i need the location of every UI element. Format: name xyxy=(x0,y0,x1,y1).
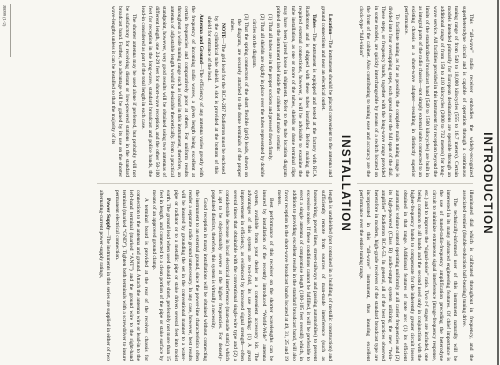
two-column-block: Location—The instrument should be placed… xyxy=(96,6,333,361)
paragraph-lead: Antenna and Ground xyxy=(198,14,204,64)
paragraph: illuminated dial which is calibrated thr… xyxy=(460,190,475,361)
two-column-block: This “all-wave” radio receiver embodies … xyxy=(356,6,474,361)
paragraph: To facilitate tuning as far as possible,… xyxy=(357,6,401,177)
scan-top-edge-line xyxy=(497,0,499,365)
paragraph-lead: Tubes xyxy=(312,14,318,28)
column-right: length is unshielded (not contained in a… xyxy=(96,190,333,361)
footer-code: J0099 (1-2) xyxy=(2,5,7,26)
column-right: illuminated dial which is calibrated thr… xyxy=(356,190,474,361)
column-divider-rule xyxy=(357,183,473,184)
paragraph: length is unshielded (not contained in a… xyxy=(275,190,333,361)
paragraph: The shorter antenna may be used alone if… xyxy=(109,6,138,177)
scanned-page-viewport: INTRODUCTIONThis “all-wave” radio receiv… xyxy=(0,0,500,365)
paragraph-lead: Power Supply xyxy=(106,198,112,230)
paragraph: Good reception in many installations wil… xyxy=(150,190,208,361)
paragraph: (3) That the spring connectors of the sh… xyxy=(228,6,250,177)
paragraph: (2) That all shields are rigidly in plac… xyxy=(250,6,265,177)
manual-page: INTRODUCTIONThis “all-wave” radio receiv… xyxy=(0,0,500,365)
column-left: This “all-wave” radio receiver embodies … xyxy=(356,6,474,177)
paragraph-location: Location—The instrument should be placed… xyxy=(319,6,334,177)
paragraph: This “all-wave” radio receiver embodies … xyxy=(402,6,475,177)
paragraph-lead: Location xyxy=(327,14,333,34)
section-heading-installation: INSTALLATION xyxy=(338,6,351,361)
paragraph: A terminal board is provided at the rear… xyxy=(113,190,149,361)
column-divider-rule xyxy=(97,183,332,184)
paragraph-lead: NOTE xyxy=(221,23,227,38)
column-left: Location—The instrument should be placed… xyxy=(96,6,333,177)
paragraph: The technically-informed user of this in… xyxy=(357,190,459,361)
page-sections: INTRODUCTIONThis “all-wave” radio receiv… xyxy=(96,6,493,361)
paragraph-tubes: Tubes—The instrument is equipped and tes… xyxy=(274,6,318,177)
paragraph: Best performance of this receiver on the… xyxy=(209,190,274,361)
footer-rule xyxy=(10,4,11,57)
paragraph-note: NOTE—The grid lead for the RCA-2B7 Radio… xyxy=(205,16,227,174)
paragraph-power-supply: Power Supply—The instruments in this ser… xyxy=(97,190,112,361)
paragraph-antenna-and-ground: Antenna and Ground—The efficiency of any… xyxy=(139,6,204,177)
section-heading-introduction: INTRODUCTION xyxy=(480,6,493,361)
paragraph: (1) That all tubes are in the proper soc… xyxy=(266,6,273,177)
